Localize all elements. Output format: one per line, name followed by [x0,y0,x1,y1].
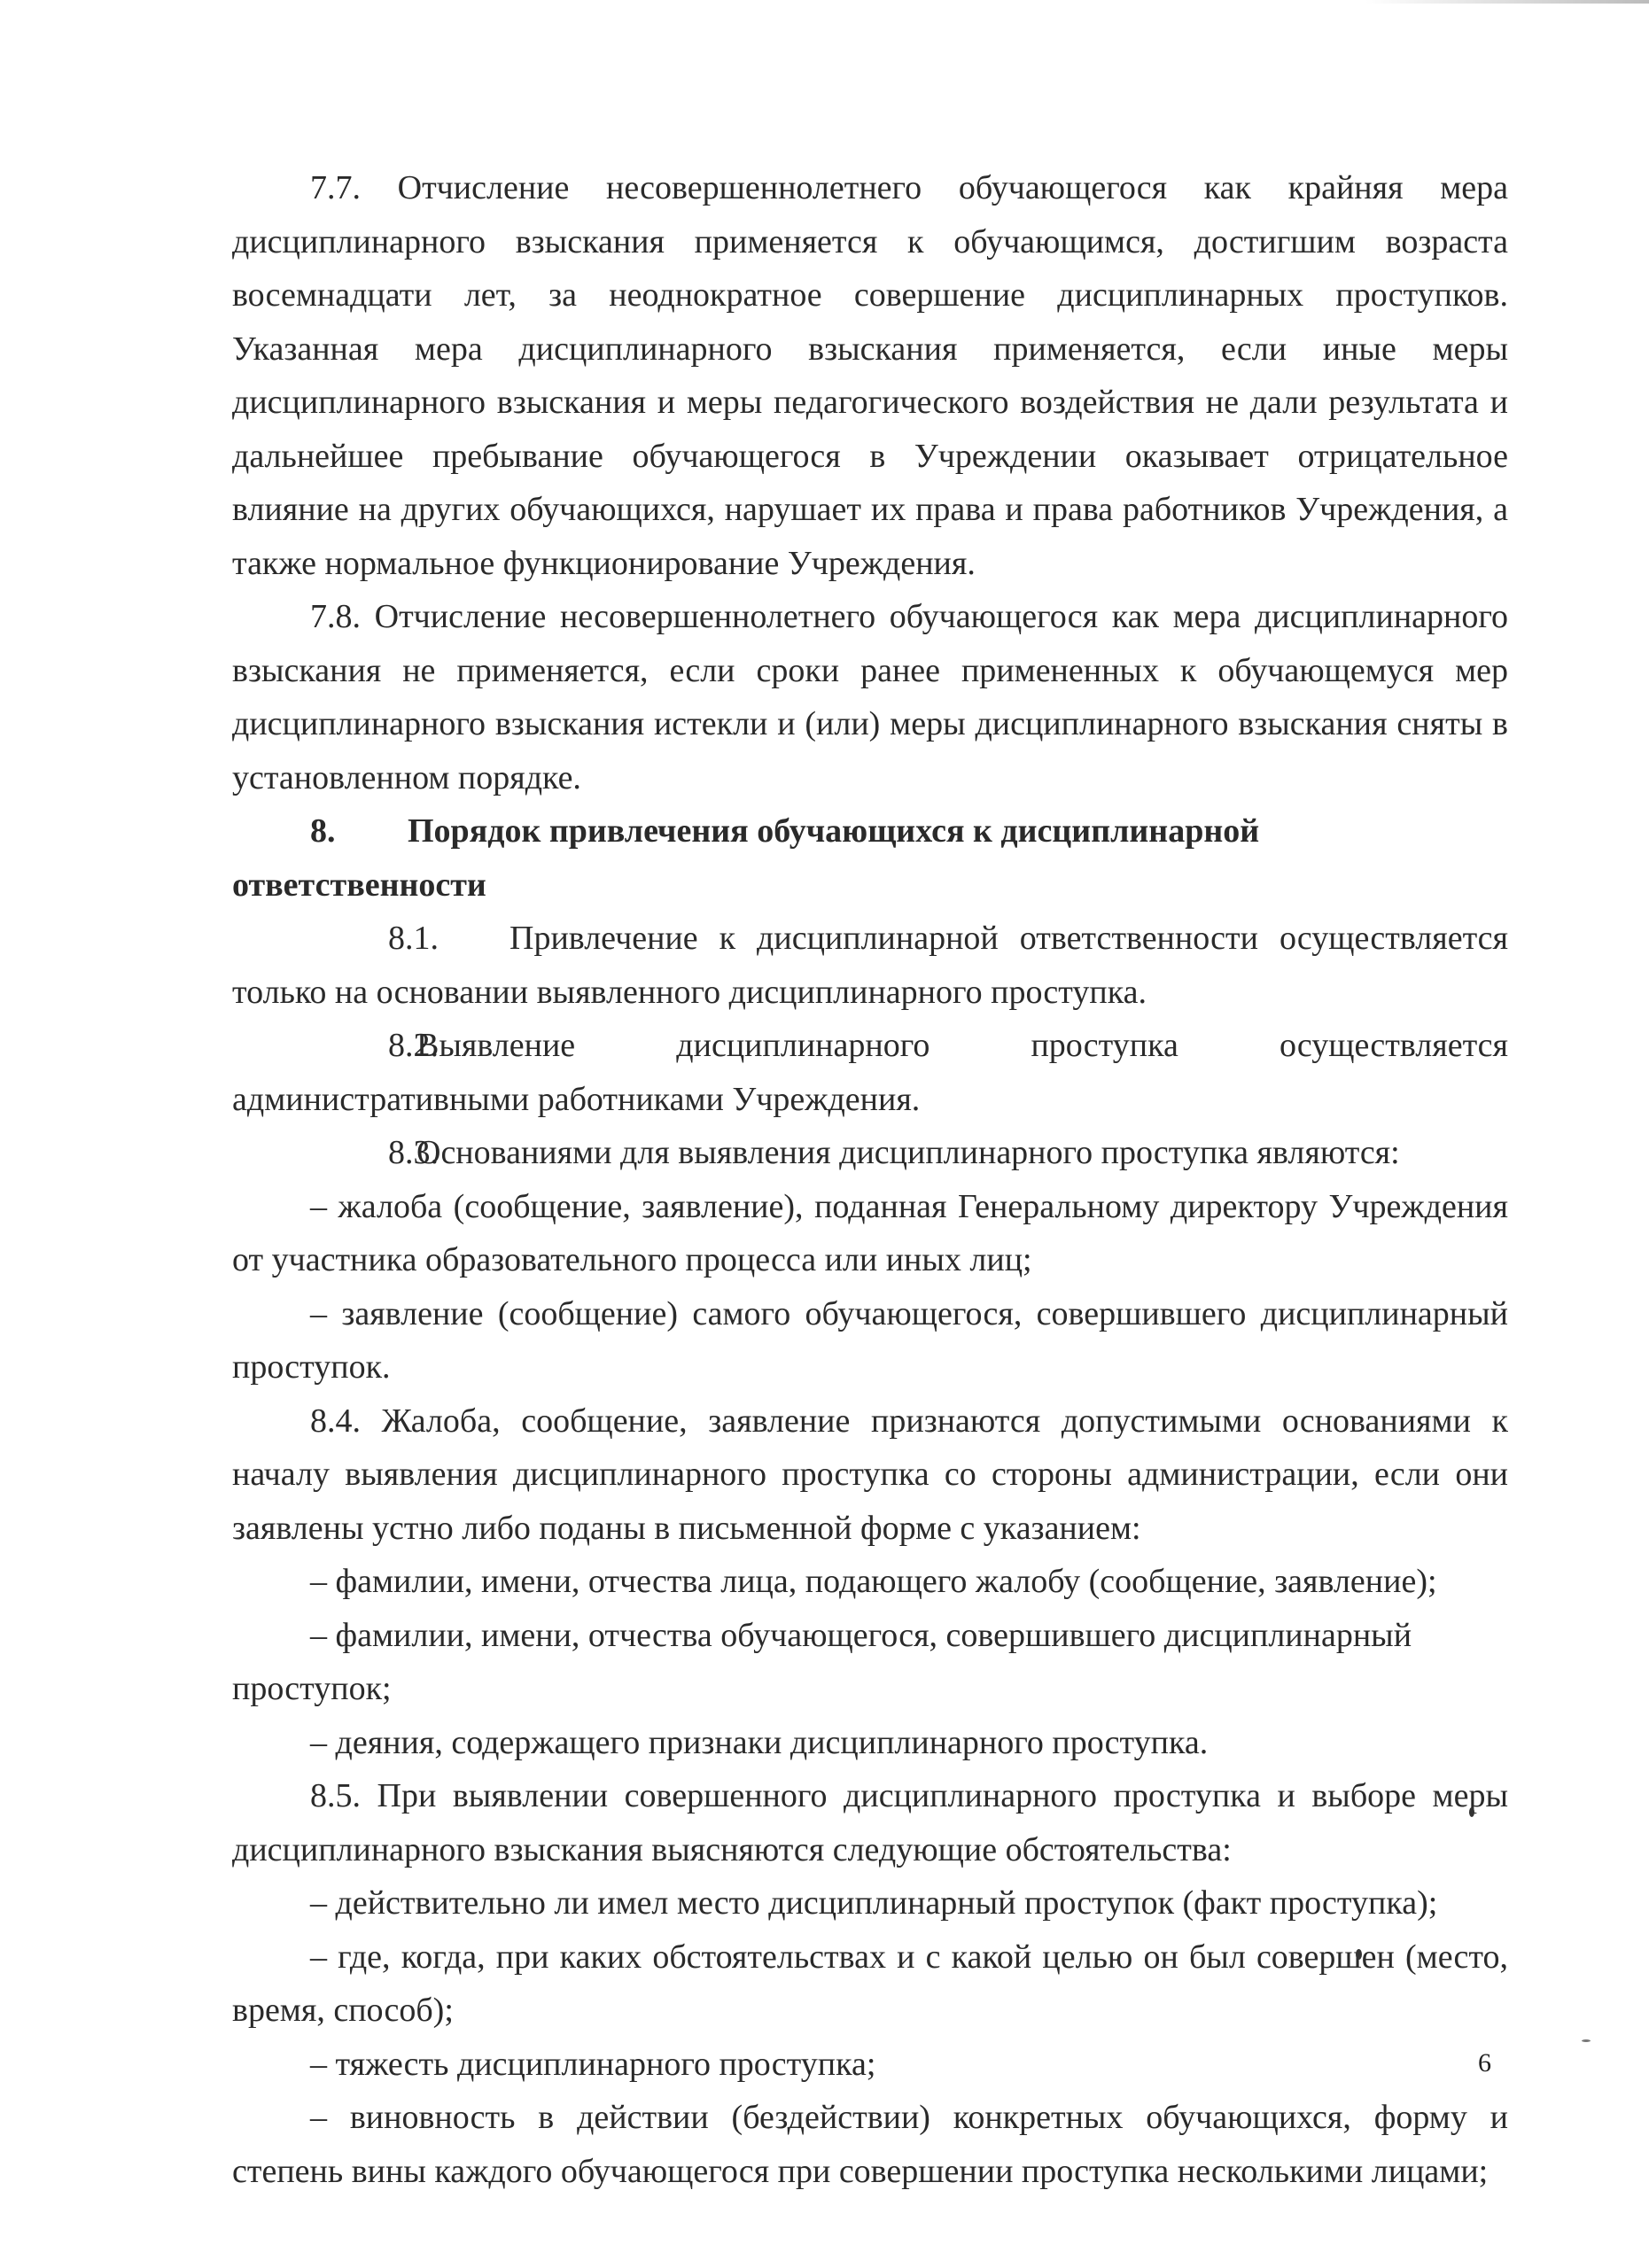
section-8-number: 8. [310,804,408,858]
paragraph-8-1: 8.1.Привлечение к дисциплинарной ответст… [232,912,1508,1019]
section-8-heading: 8.Порядок привлечения обучающихся к дисц… [232,804,1508,912]
scanned-page: 7.7. Отчисление несовершеннолетнего обуч… [0,0,1649,2268]
scan-edge-shadow [1365,0,1649,4]
page-number: 6 [1478,2048,1491,2078]
list-item: – фамилии, имени, отчества лица, подающе… [232,1555,1508,1609]
paragraph-8-2-text: Выявление дисциплинарного проступка осущ… [232,1027,1508,1118]
list-item: – жалоба (сообщение, заявление), поданна… [232,1180,1508,1287]
paragraph-7-8: 7.8. Отчисление несовершеннолетнего обуч… [232,590,1508,804]
list-item: – заявление (сообщение) самого обучающег… [232,1287,1508,1394]
paragraph-8-4: 8.4. Жалоба, сообщение, заявление призна… [232,1394,1508,1556]
paragraph-8-3-number: 8.3. [310,1126,416,1180]
list-item: – тяжесть дисциплинарного проступка; [232,2038,1508,2092]
paragraph-8-2-number: 8.2. [310,1019,416,1073]
list-item: – действительно ли имел место дисциплина… [232,1876,1508,1930]
scan-speck [1356,1949,1362,1960]
list-item: – виновность в действии (бездействии) ко… [232,2091,1508,2198]
document-body: 7.7. Отчисление несовершеннолетнего обуч… [232,161,1508,2198]
scan-speck [1469,1807,1474,1817]
paragraph-8-5: 8.5. При выявлении совершенного дисципли… [232,1769,1508,1876]
scan-speck [1582,2039,1591,2042]
paragraph-8-3-text: Основаниями для выявления дисциплинарног… [416,1134,1400,1171]
list-item: – фамилии, имени, отчества обучающегося,… [232,1609,1508,1716]
paragraph-7-7: 7.7. Отчисление несовершеннолетнего обуч… [232,161,1508,590]
paragraph-8-2: 8.2.Выявление дисциплинарного проступка … [232,1019,1508,1126]
paragraph-8-3: 8.3.Основаниями для выявления дисциплина… [232,1126,1508,1180]
paragraph-8-1-number: 8.1. [310,912,509,966]
list-item: – деяния, содержащего признаки дисциплин… [232,1716,1508,1770]
list-item: – где, когда, при каких обстоятельствах … [232,1930,1508,2038]
